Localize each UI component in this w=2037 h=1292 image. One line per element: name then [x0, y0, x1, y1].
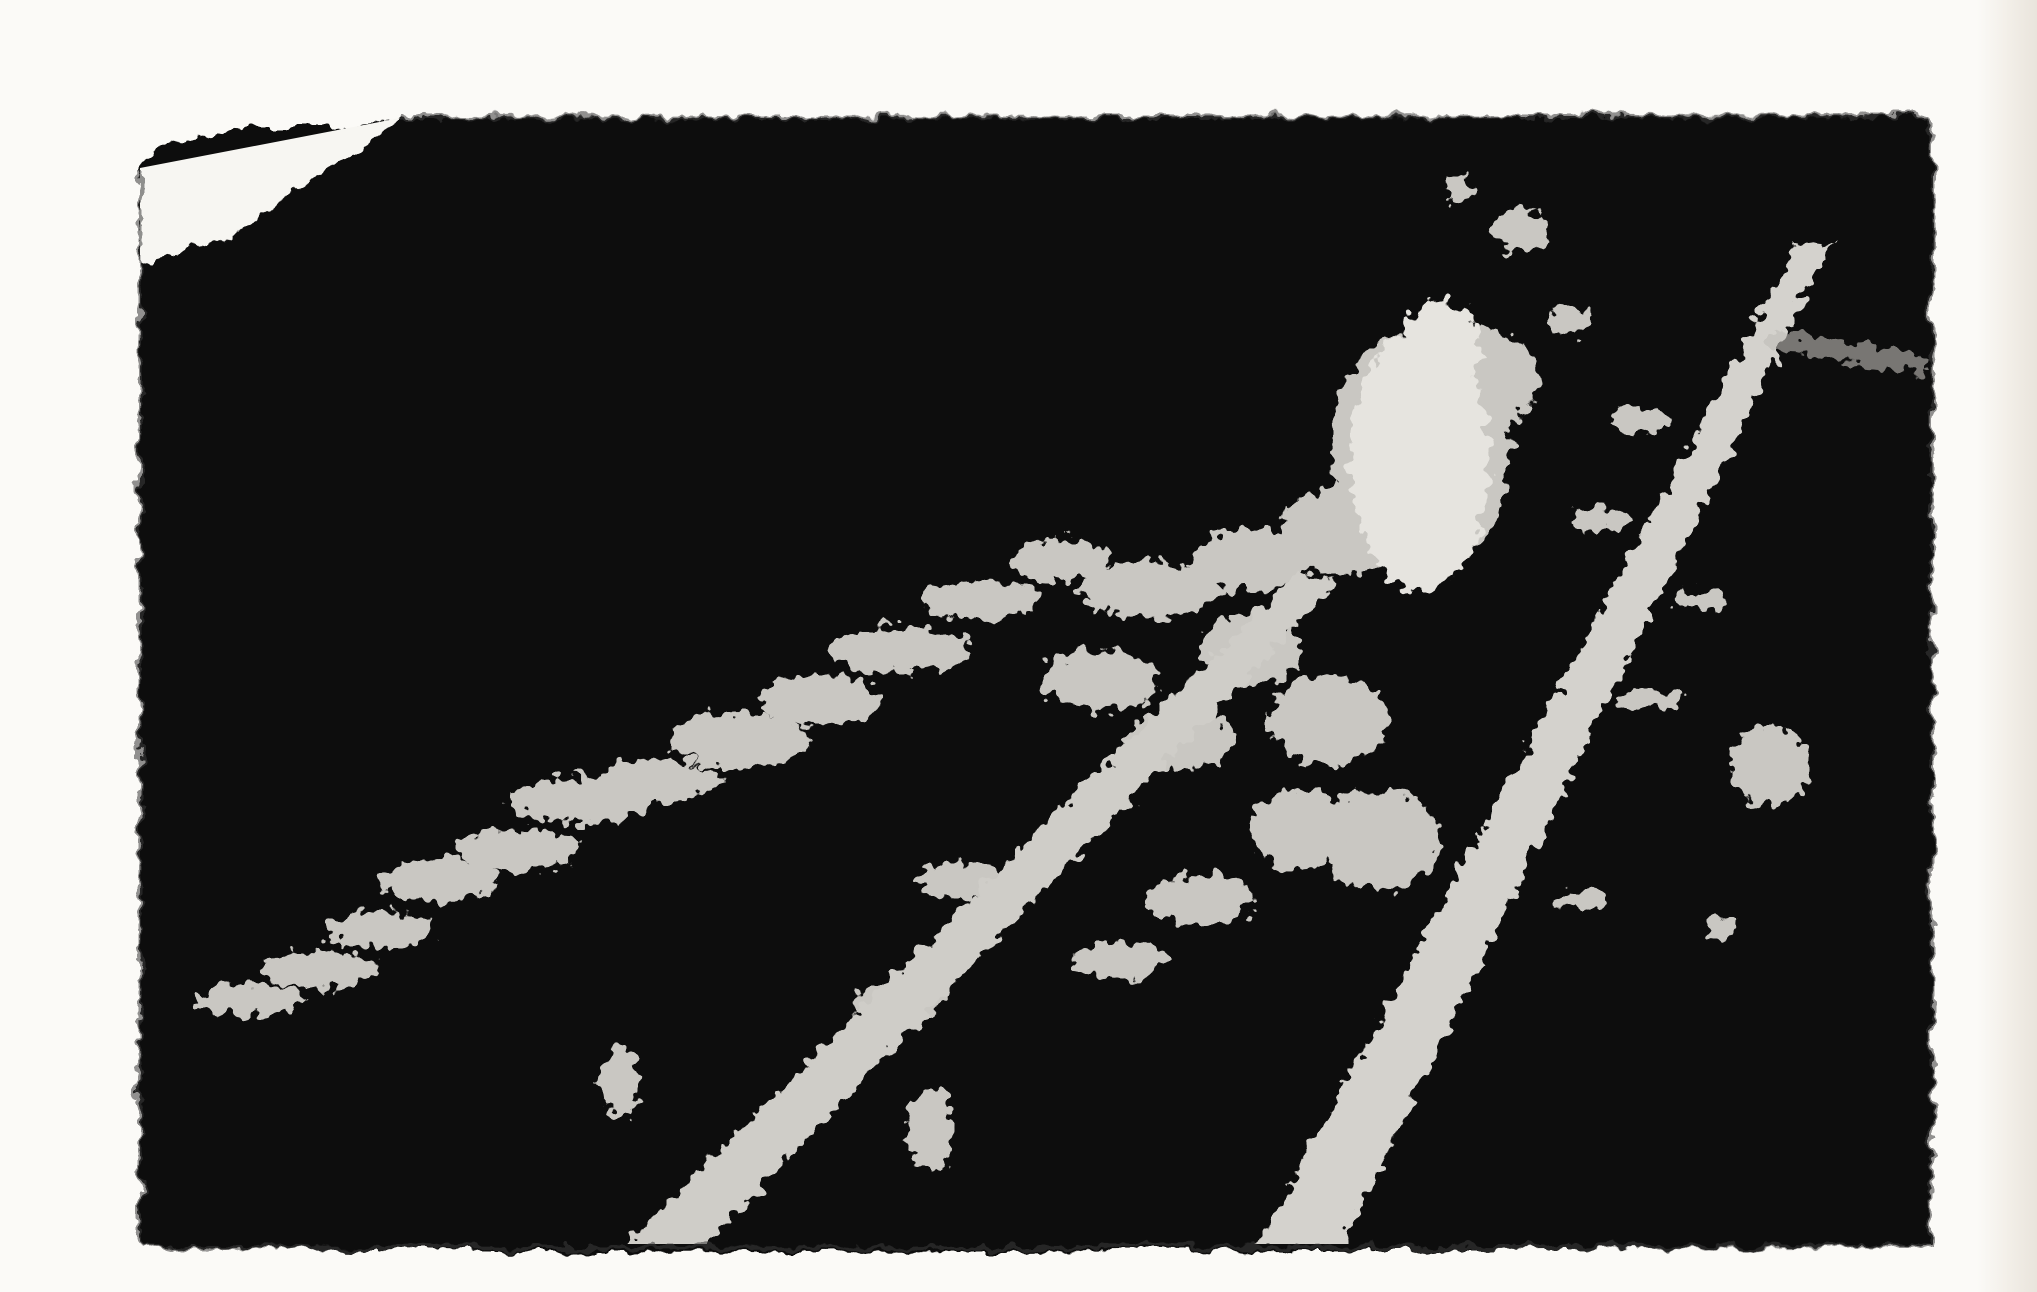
halftone-photograph — [0, 0, 2037, 1292]
